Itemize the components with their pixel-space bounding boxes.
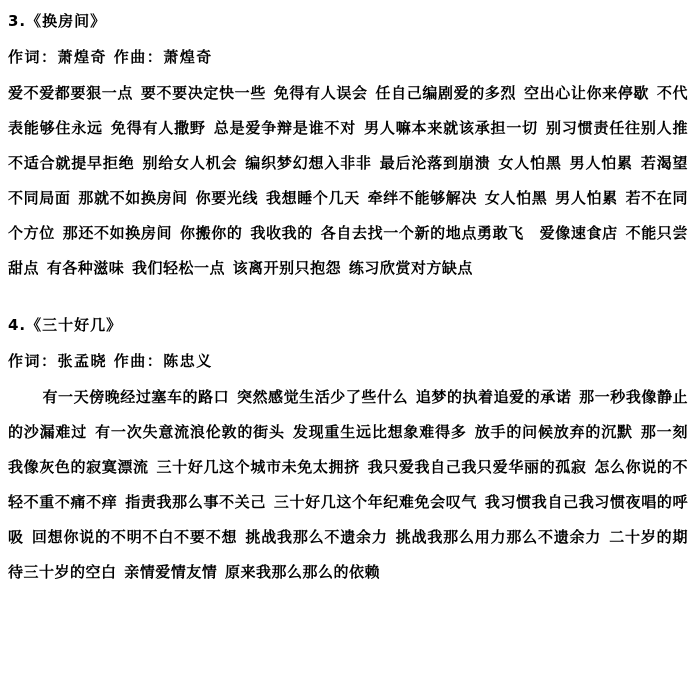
song-4-credits: 作词：张孟晓 作曲：陈忠义 xyxy=(8,350,688,372)
song-3-lyrics: 爱不爱都要狠一点 要不要决定快一些 免得有人误会 任自己编剧爱的多烈 空出心让你… xyxy=(8,76,688,286)
song-section-3: 3.《换房间》 作词：萧煌奇 作曲：萧煌奇 爱不爱都要狠一点 要不要决定快一些 … xyxy=(8,6,688,286)
song-section-4: 4.《三十好几》 作词：张孟晓 作曲：陈忠义 有一天傍晚经过塞车的路口 突然感觉… xyxy=(8,310,688,590)
lyrics-document: 3.《换房间》 作词：萧煌奇 作曲：萧煌奇 爱不爱都要狠一点 要不要决定快一些 … xyxy=(0,0,697,689)
song-4-title: 4.《三十好几》 xyxy=(8,310,688,336)
song-4-lyrics: 有一天傍晚经过塞车的路口 突然感觉生活少了些什么 追梦的执着追爱的承诺 那一秒我… xyxy=(8,380,688,590)
song-3-credits: 作词：萧煌奇 作曲：萧煌奇 xyxy=(8,46,688,68)
song-3-title: 3.《换房间》 xyxy=(8,6,688,32)
